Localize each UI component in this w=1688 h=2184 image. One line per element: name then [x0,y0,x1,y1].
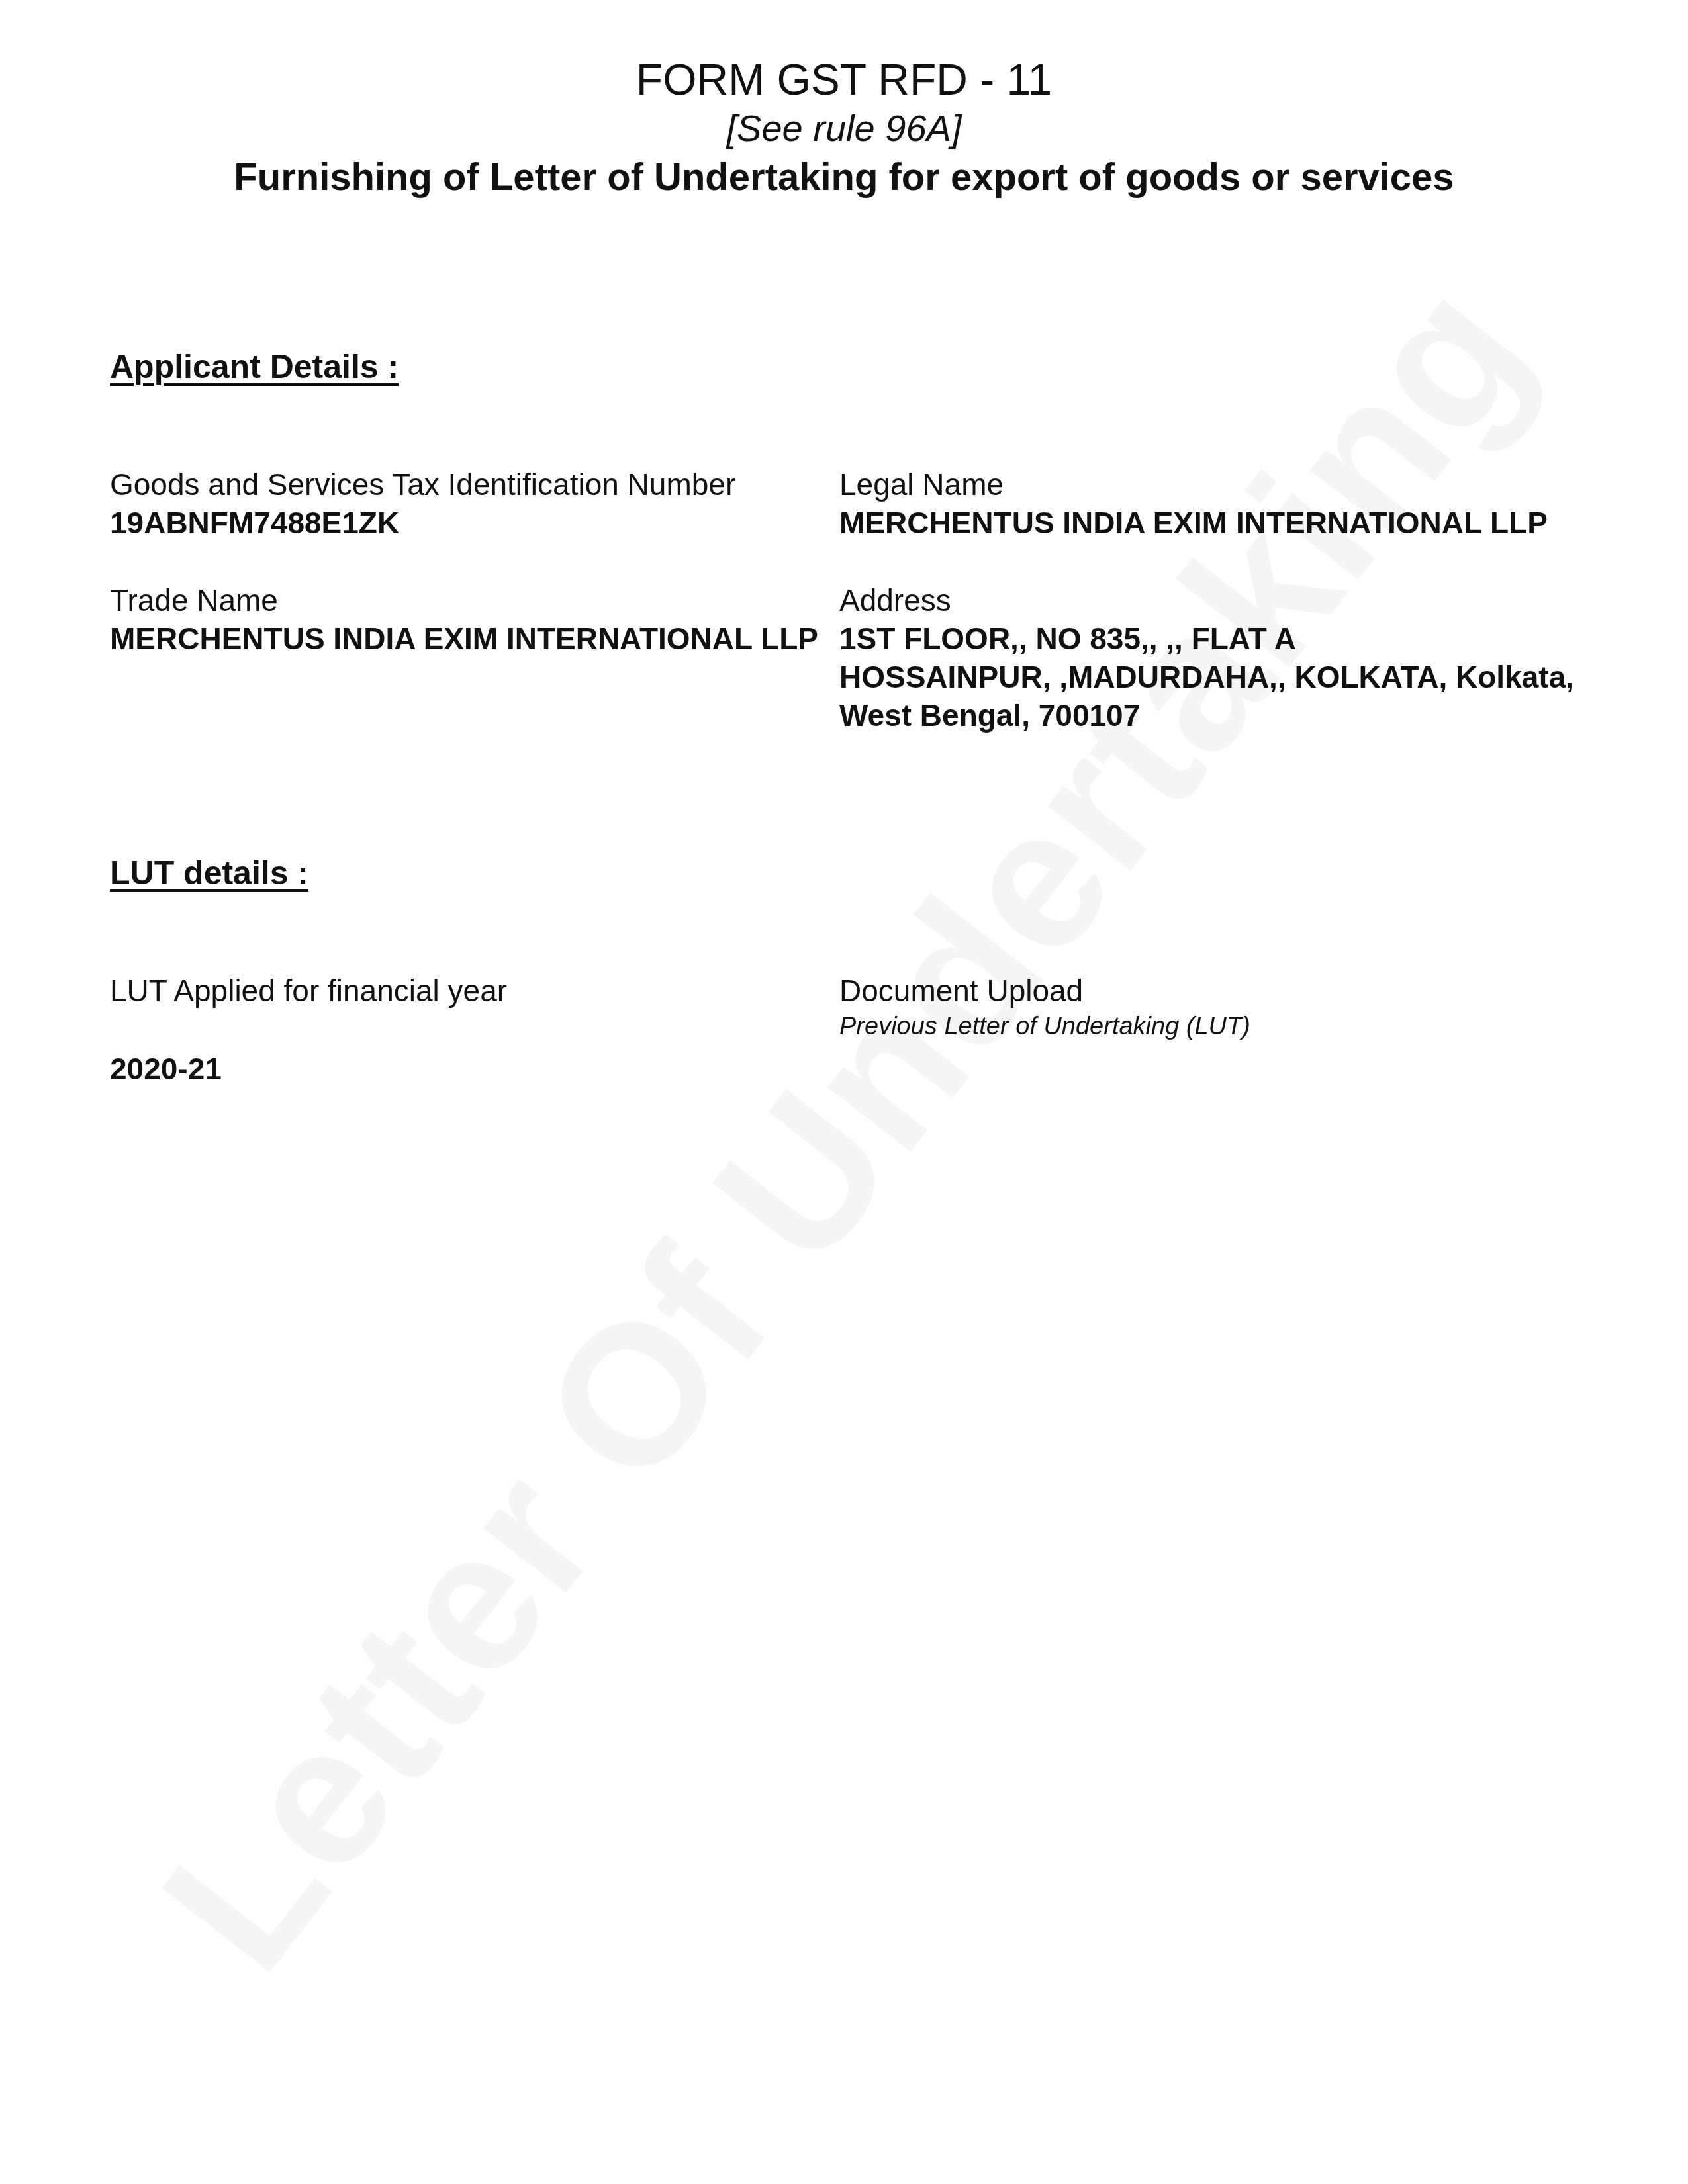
form-title: FORM GST RFD - 11 [0,53,1688,106]
document-upload-field: Document Upload Previous Letter of Under… [839,972,1601,1043]
financial-year-value: 2020-21 [110,1050,831,1088]
address-line-3: West Bengal, 700107 [839,696,1601,735]
gstin-field: Goods and Services Tax Identification Nu… [110,465,831,542]
legal-name-value: MERCHENTUS INDIA EXIM INTERNATIONAL LLP [839,504,1601,542]
gstin-label: Goods and Services Tax Identification Nu… [110,465,831,504]
document-upload-label: Document Upload [839,972,1601,1010]
address-line-2: HOSSAINPUR, ,MADURDAHA,, KOLKATA, Kolkat… [839,658,1601,696]
rule-reference: [See rule 96A] [0,106,1688,151]
form-subtitle: Furnishing of Letter of Undertaking for … [0,151,1688,204]
financial-year-label: LUT Applied for financial year [110,972,831,1010]
address-line-1: 1ST FLOOR,, NO 835,, ,, FLAT A [839,619,1601,658]
trade-name-label: Trade Name [110,581,831,619]
applicant-details-heading: Applicant Details : [110,347,399,386]
gstin-value: 19ABNFM7488E1ZK [110,504,831,542]
legal-name-field: Legal Name MERCHENTUS INDIA EXIM INTERNA… [839,465,1601,542]
form-header: FORM GST RFD - 11 [See rule 96A] Furnish… [0,53,1688,204]
trade-name-field: Trade Name MERCHENTUS INDIA EXIM INTERNA… [110,581,831,658]
financial-year-field: LUT Applied for financial year 2020-21 [110,972,831,1088]
legal-name-label: Legal Name [839,465,1601,504]
lut-details-heading: LUT details : [110,854,308,892]
trade-name-value: MERCHENTUS INDIA EXIM INTERNATIONAL LLP [110,619,831,658]
address-label: Address [839,581,1601,619]
document-upload-note: Previous Letter of Undertaking (LUT) [839,1010,1601,1043]
address-field: Address 1ST FLOOR,, NO 835,, ,, FLAT A H… [839,581,1601,735]
